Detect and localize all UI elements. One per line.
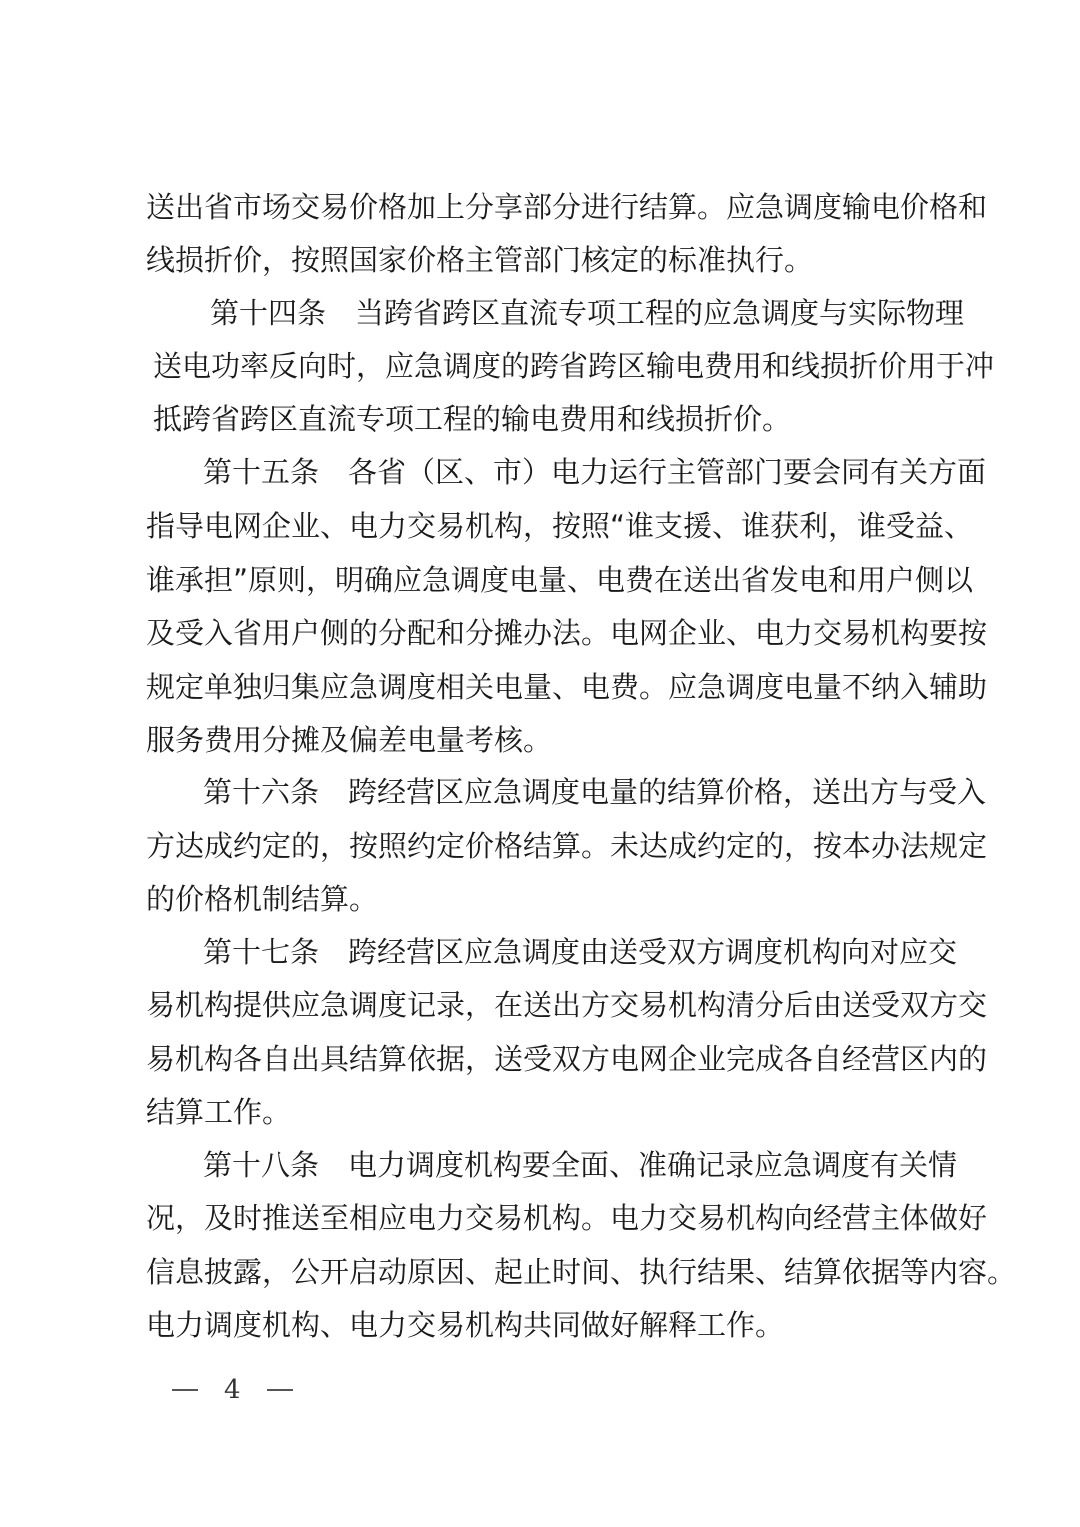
text-line: 况，及时推送至相应电力交易机构。电力交易机构向经营主体做好: [146, 1198, 936, 1238]
text-line: 谁承担”原则，明确应急调度电量、电费在送出省发电和用户侧以: [146, 560, 936, 600]
text-line: 服务费用分摊及偏差电量考核。: [146, 720, 936, 760]
footer-dash-left: [172, 1389, 198, 1391]
text-line: 指导电网企业、电力交易机构，按照“谁支援、谁获利，谁受益、: [146, 506, 936, 546]
page-number: 4: [224, 1372, 241, 1408]
text-line: 的价格机制结算。: [146, 879, 936, 919]
document-page: 送出省市场交易价格加上分享部分进行结算。应急调度输电价格和 线损折价，按照国家价…: [0, 0, 1080, 1527]
text-line: 送出省市场交易价格加上分享部分进行结算。应急调度输电价格和: [146, 187, 936, 227]
text-line: 结算工作。: [146, 1092, 936, 1132]
text-line: 抵跨省跨区直流专项工程的输电费用和线损折价。: [153, 399, 936, 439]
text-line: 送电功率反向时，应急调度的跨省跨区输电费用和线损折价用于冲: [153, 346, 936, 386]
article-16-heading-line: 第十六条 跨经营区应急调度电量的结算价格，送出方与受入: [203, 772, 936, 812]
page-footer: 4: [172, 1372, 293, 1408]
article-18-heading-line: 第十八条 电力调度机构要全面、准确记录应急调度有关情: [203, 1145, 936, 1185]
text-line: 易机构各自出具结算依据，送受双方电网企业完成各自经营区内的: [146, 1039, 936, 1079]
text-line: 方达成约定的，按照约定价格结算。未达成约定的，按本办法规定: [146, 826, 936, 866]
footer-dash-right: [267, 1389, 293, 1391]
text-line: 线损折价，按照国家价格主管部门核定的标准执行。: [146, 240, 936, 280]
text-line: 信息披露，公开启动原因、起止时间、执行结果、结算依据等内容。: [146, 1252, 936, 1292]
text-line: 及受入省用户侧的分配和分摊办法。电网企业、电力交易机构要按: [146, 613, 936, 653]
text-line: 电力调度机构、电力交易机构共同做好解释工作。: [146, 1305, 936, 1345]
text-line: 规定单独归集应急调度相关电量、电费。应急调度电量不纳入辅助: [146, 667, 936, 707]
article-17-heading-line: 第十七条 跨经营区应急调度由送受双方调度机构向对应交: [203, 932, 936, 972]
text-line: 易机构提供应急调度记录，在送出方交易机构清分后由送受双方交: [146, 985, 936, 1025]
article-15-heading-line: 第十五条 各省（区、市）电力运行主管部门要会同有关方面: [203, 452, 936, 492]
article-14-heading-line: 第十四条 当跨省跨区直流专项工程的应急调度与实际物理: [210, 293, 936, 333]
